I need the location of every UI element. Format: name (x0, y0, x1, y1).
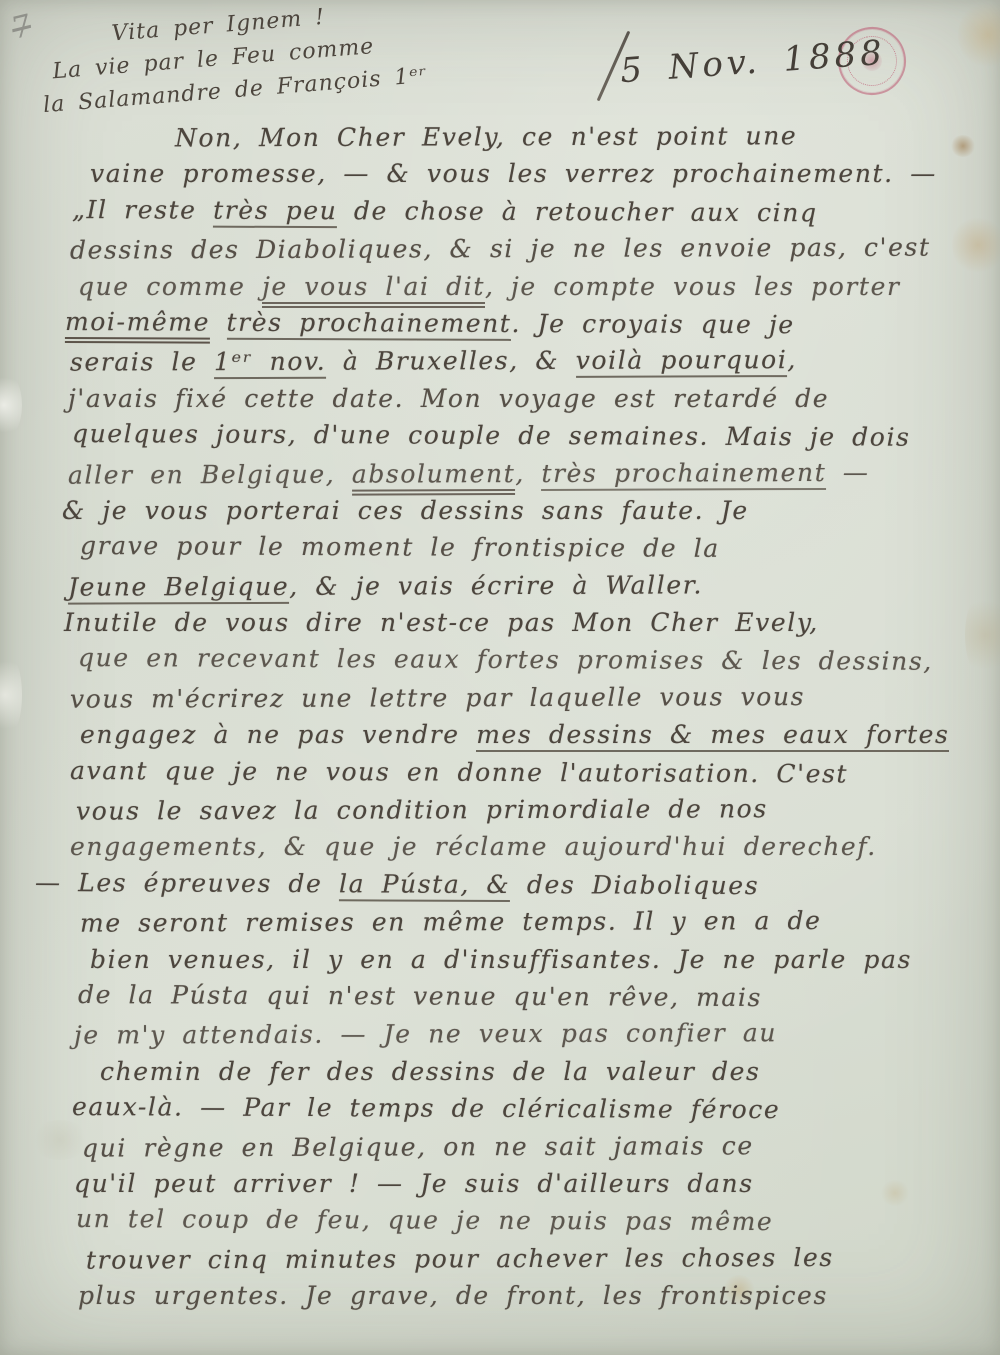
underlined-phrase: 1ᵉʳ nov. (214, 347, 326, 379)
letter-line: quelques jours, d'une couple de semaines… (72, 415, 982, 456)
text-run: que en recevant les eaux fortes promises… (78, 643, 933, 676)
underlined-phrase: absolument (352, 459, 516, 496)
text-run: — Les épreuves de (35, 868, 339, 898)
torn-edge-highlight (0, 370, 22, 440)
text-run: dessins des Diaboliques, & si je ne les … (70, 233, 931, 265)
text-run: je m'y attendais. — Je ne veux pas confi… (74, 1019, 777, 1050)
letter-line: dessins des Diaboliques, & si je ne les … (70, 229, 982, 270)
letter-line: un tel coup de feu, que je ne puis pas m… (76, 1200, 982, 1241)
text-run: quelques jours, d'une couple de semaines… (72, 419, 911, 452)
letter-line: moi-même très prochainement. Je croyais … (65, 303, 982, 344)
text-run: me seront remises en même temps. Il y en… (80, 906, 822, 938)
underlined-phrase: très prochainement (226, 308, 511, 341)
pencil-mark: 7 (10, 8, 32, 48)
text-run: , & je vais écrire à Waller. (289, 570, 703, 600)
text-run: à Bruxelles, & (326, 346, 576, 376)
letter-line: & je vous porterai ces dessins sans faut… (62, 492, 982, 529)
letter-line: vous le savez la condition primordiale d… (76, 789, 982, 830)
letter-line: vaine promesse, — & vous les verrez proc… (90, 155, 982, 192)
letter-line: chemin de fer des dessins de la valeur d… (100, 1053, 982, 1090)
text-run: avant que je ne vous en donne l'autorisa… (70, 756, 848, 788)
letter-line: „Il reste très peu de chose à retoucher … (72, 191, 982, 232)
letter-line: — Les épreuves de la Pústa, & des Diabol… (35, 864, 982, 906)
text-run: bien venues, il y en a d'insuffisantes. … (90, 945, 912, 974)
letter-line: que comme je vous l'ai dit, je compte vo… (78, 268, 982, 305)
letter-line: avant que je ne vous en donne l'autorisa… (70, 752, 982, 793)
text-run: des Diaboliques (510, 870, 759, 900)
text-run: vaine promesse, — & vous les verrez proc… (90, 159, 937, 188)
text-run: & je vous porterai ces dessins sans faut… (62, 496, 749, 525)
letter-line: Jeune Belgique, & je vais écrire à Walle… (68, 565, 982, 606)
text-run: engagez à ne pas vendre (80, 720, 476, 749)
text-run: de la Pústa qui n'est venue qu'en rêve, … (78, 980, 762, 1012)
text-run: eaux-là. — Par le temps de cléricalisme … (72, 1092, 780, 1124)
text-run: vous m'écrirez une lettre par laquelle v… (70, 682, 805, 714)
text-run: qu'il peut arriver ! — Je suis d'ailleur… (74, 1169, 754, 1198)
text-run: Inutile de vous dire n'est-ce pas Mon Ch… (64, 608, 819, 637)
letter-line: qu'il peut arriver ! — Je suis d'ailleur… (74, 1165, 982, 1202)
underlined-phrase: voilà pourquoi (576, 345, 788, 378)
text-run: grave pour le moment le frontispice de l… (80, 531, 720, 563)
letter-header: Vita per Ignem ! La vie par le Feu comme… (41, 0, 429, 122)
letter-line: que en recevant les eaux fortes promises… (78, 639, 982, 680)
text-run: vous le savez la condition primordiale d… (76, 794, 768, 825)
text-run: chemin de fer des dessins de la valeur d… (100, 1057, 760, 1086)
text-run: un tel coup de feu, que je ne puis pas m… (76, 1204, 773, 1236)
text-run: serais le (70, 347, 214, 377)
letter-line: j'avais fixé cette date. Mon voyage est … (68, 380, 982, 417)
text-run: que comme (78, 272, 262, 301)
text-run: , (787, 345, 797, 374)
underlined-phrase: très prochainement (541, 457, 826, 490)
text-run: Non, Mon Cher Evely, ce n'est point une (175, 121, 797, 152)
underlined-phrase: moi-même (65, 307, 210, 344)
letter-line: Non, Mon Cher Evely, ce n'est point une (175, 117, 982, 157)
text-run: trouver cinq minutes pour achever les ch… (86, 1243, 834, 1275)
text-run: j'avais fixé cette date. Mon voyage est … (68, 384, 829, 413)
letter-line: eaux-là. — Par le temps de cléricalisme … (72, 1088, 982, 1129)
letter-line: grave pour le moment le frontispice de l… (80, 527, 982, 568)
underlined-phrase: Jeune Belgique (68, 572, 289, 605)
letter-line: Inutile de vous dire n'est-ce pas Mon Ch… (64, 604, 982, 641)
letter-line: me seront remises en même temps. Il y en… (80, 902, 982, 943)
letter-line: bien venues, il y en a d'insuffisantes. … (90, 941, 982, 978)
text-run: qui règne en Belgique, on ne sait jamais… (82, 1131, 754, 1162)
letter-line: engagements, & que je réclame aujourd'hu… (70, 828, 982, 865)
letter-line: je m'y attendais. — Je ne veux pas confi… (74, 1014, 982, 1055)
text-run: — (826, 457, 869, 486)
letter-line: de la Pústa qui n'est venue qu'en rêve, … (78, 976, 982, 1017)
letter-page: 7 Vita per Ignem ! La vie par le Feu com… (0, 0, 1000, 1355)
underlined-phrase: mes dessins & mes eaux fortes (476, 720, 949, 752)
letter-line: engagez à ne pas vendre mes dessins & me… (80, 716, 982, 753)
text-run (210, 308, 227, 337)
letter-line: trouver cinq minutes pour achever les ch… (86, 1238, 982, 1279)
letter-line: serais le 1ᵉʳ nov. à Bruxelles, & voilà … (70, 341, 982, 382)
text-run: plus urgentes. Je grave, de front, les f… (78, 1281, 828, 1310)
text-run: , (515, 458, 541, 487)
letter-line: plus urgentes. Je grave, de front, les f… (78, 1277, 982, 1314)
letter-body: Non, Mon Cher Evely, ce n'est point unev… (60, 118, 982, 1315)
underlined-phrase: la Pústa, & (339, 869, 510, 902)
letter-line: qui règne en Belgique, on ne sait jamais… (82, 1126, 982, 1167)
torn-edge-highlight (0, 650, 22, 740)
foxing-stain (958, 0, 1000, 70)
underlined-phrase: je vous l'ai dit (262, 272, 485, 308)
letter-line: aller en Belgique, absolument, très proc… (68, 453, 982, 494)
text-run: de chose à retoucher aux cinq (337, 196, 817, 227)
text-run: „Il reste (72, 195, 213, 225)
letter-line: vous m'écrirez une lettre par laquelle v… (70, 677, 982, 718)
text-run: aller en Belgique, (68, 459, 352, 489)
text-run: , je compte vous les porter (485, 272, 901, 301)
text-run: engagements, & que je réclame aujourd'hu… (70, 832, 877, 861)
underlined-phrase: très peu (213, 195, 337, 228)
text-run: . Je croyais que je (511, 309, 794, 339)
